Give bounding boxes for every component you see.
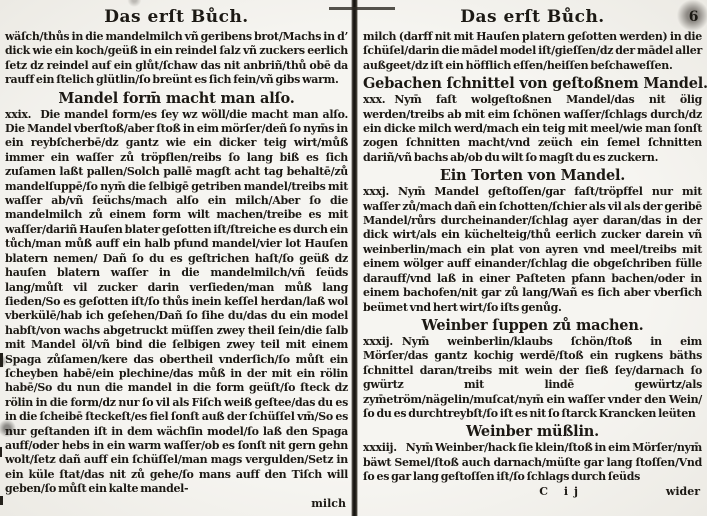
recipe-heading-weinber-suppen-text: Weinber ſuppen zů machen. [421, 317, 643, 334]
running-head-right: Das erſt Bůch. 6 [363, 7, 702, 27]
recipe-paragraph-xxxj: xxxj.Nym̄ Mandel geſtoſſen/gar faſt/tröp… [363, 185, 702, 315]
intro-paragraph-left-text: wäſch/thůs in die mandelmilch vñ geriben… [5, 30, 348, 86]
page-gutter-rule [351, 0, 358, 516]
catchword-left: milch [311, 497, 346, 511]
recipe-number-xxix: xxix. [5, 108, 40, 121]
recipe-heading-gebachen-schnittel: Gebachen ſchnittel von geſtoßnem Mandel. [363, 75, 702, 92]
recipe-body-xxix: Die mandel form/es ſey wz wöll/die macht… [5, 108, 348, 496]
recipe-paragraph-xxxiij: xxxiij.Nym̄ Weinber/hack ſie klein/ſtoß … [363, 441, 702, 484]
intro-paragraph-right: milch (darff nit mit Hauſen platern geſo… [363, 30, 702, 73]
recipe-heading-mandel-form-text: Mandel form̄ macht man alſo. [58, 90, 294, 107]
intro-paragraph-right-text: milch (darff nit mit Hauſen platern geſo… [363, 30, 702, 72]
page-left: Das erſt Bůch. wäſch/thůs in die mandelm… [5, 7, 348, 512]
recipe-number-xxxiij: xxxiij. [363, 441, 406, 454]
scan-artifact [0, 496, 3, 505]
catchword-right: wider [666, 485, 700, 499]
recipe-number-xxxj: xxxj. [363, 185, 398, 198]
scan-artifact [0, 447, 2, 457]
recipe-heading-torten-von-mandel: Ein Torten von Mandel. [363, 167, 702, 184]
intro-paragraph-left: wäſch/thůs in die mandelmilch vñ geriben… [5, 30, 348, 88]
catchline-right: C ij wider [363, 485, 702, 500]
scan-artifact [0, 353, 3, 367]
recipe-body-xxxiij: Nym̄ Weinber/hack ſie klein/ſtoß in eim … [363, 441, 702, 483]
running-head-left: Das erſt Bůch. [5, 7, 348, 27]
recipe-paragraph-xxix: xxix.Die mandel form/es ſey wz wöll/die … [5, 108, 348, 497]
recipe-number-xxxij: xxxij. [363, 335, 402, 348]
recipe-paragraph-xxx: xxx.Nym̄ faſt wolgeſtoßnen Mandel/das ni… [363, 93, 702, 165]
catchline-left: milch [5, 497, 348, 512]
book-scan: Das erſt Bůch. wäſch/thůs in die mandelm… [0, 0, 707, 516]
recipe-body-xxxij: Nym̄ weinberlin/klaubs ſchön/ſtoß in eim… [363, 335, 702, 420]
running-head-left-text: Das erſt Bůch. [104, 7, 248, 27]
page-right: Das erſt Bůch. 6 milch (darff nit mit Ha… [363, 7, 702, 500]
recipe-heading-weinber-suppen: Weinber ſuppen zů machen. [363, 317, 702, 334]
recipe-paragraph-xxxij: xxxij.Nym̄ weinberlin/klaubs ſchön/ſtoß … [363, 335, 702, 421]
recipe-body-xxx: Nym̄ faſt wolgeſtoßnen Mandel/das nit öl… [363, 93, 702, 164]
recipe-heading-weinber-muslin: Weinber müßlin. [363, 423, 702, 440]
running-head-right-text: Das erſt Bůch. [460, 7, 604, 27]
signature-mark: C ij [539, 485, 584, 499]
recipe-number-xxx: xxx. [363, 93, 394, 106]
folio-number: 6 [689, 9, 699, 25]
recipe-body-xxxj: Nym̄ Mandel geſtoſſen/gar faſt/tröpffel … [363, 185, 702, 313]
recipe-heading-mandel-form: Mandel form̄ macht man alſo. [5, 90, 348, 107]
recipe-heading-torten-von-mandel-text: Ein Torten von Mandel. [440, 167, 625, 184]
recipe-heading-gebachen-schnittel-text: Gebachen ſchnittel von geſtoßnem Mandel. [363, 75, 707, 92]
recipe-heading-weinber-muslin-text: Weinber müßlin. [466, 423, 599, 440]
